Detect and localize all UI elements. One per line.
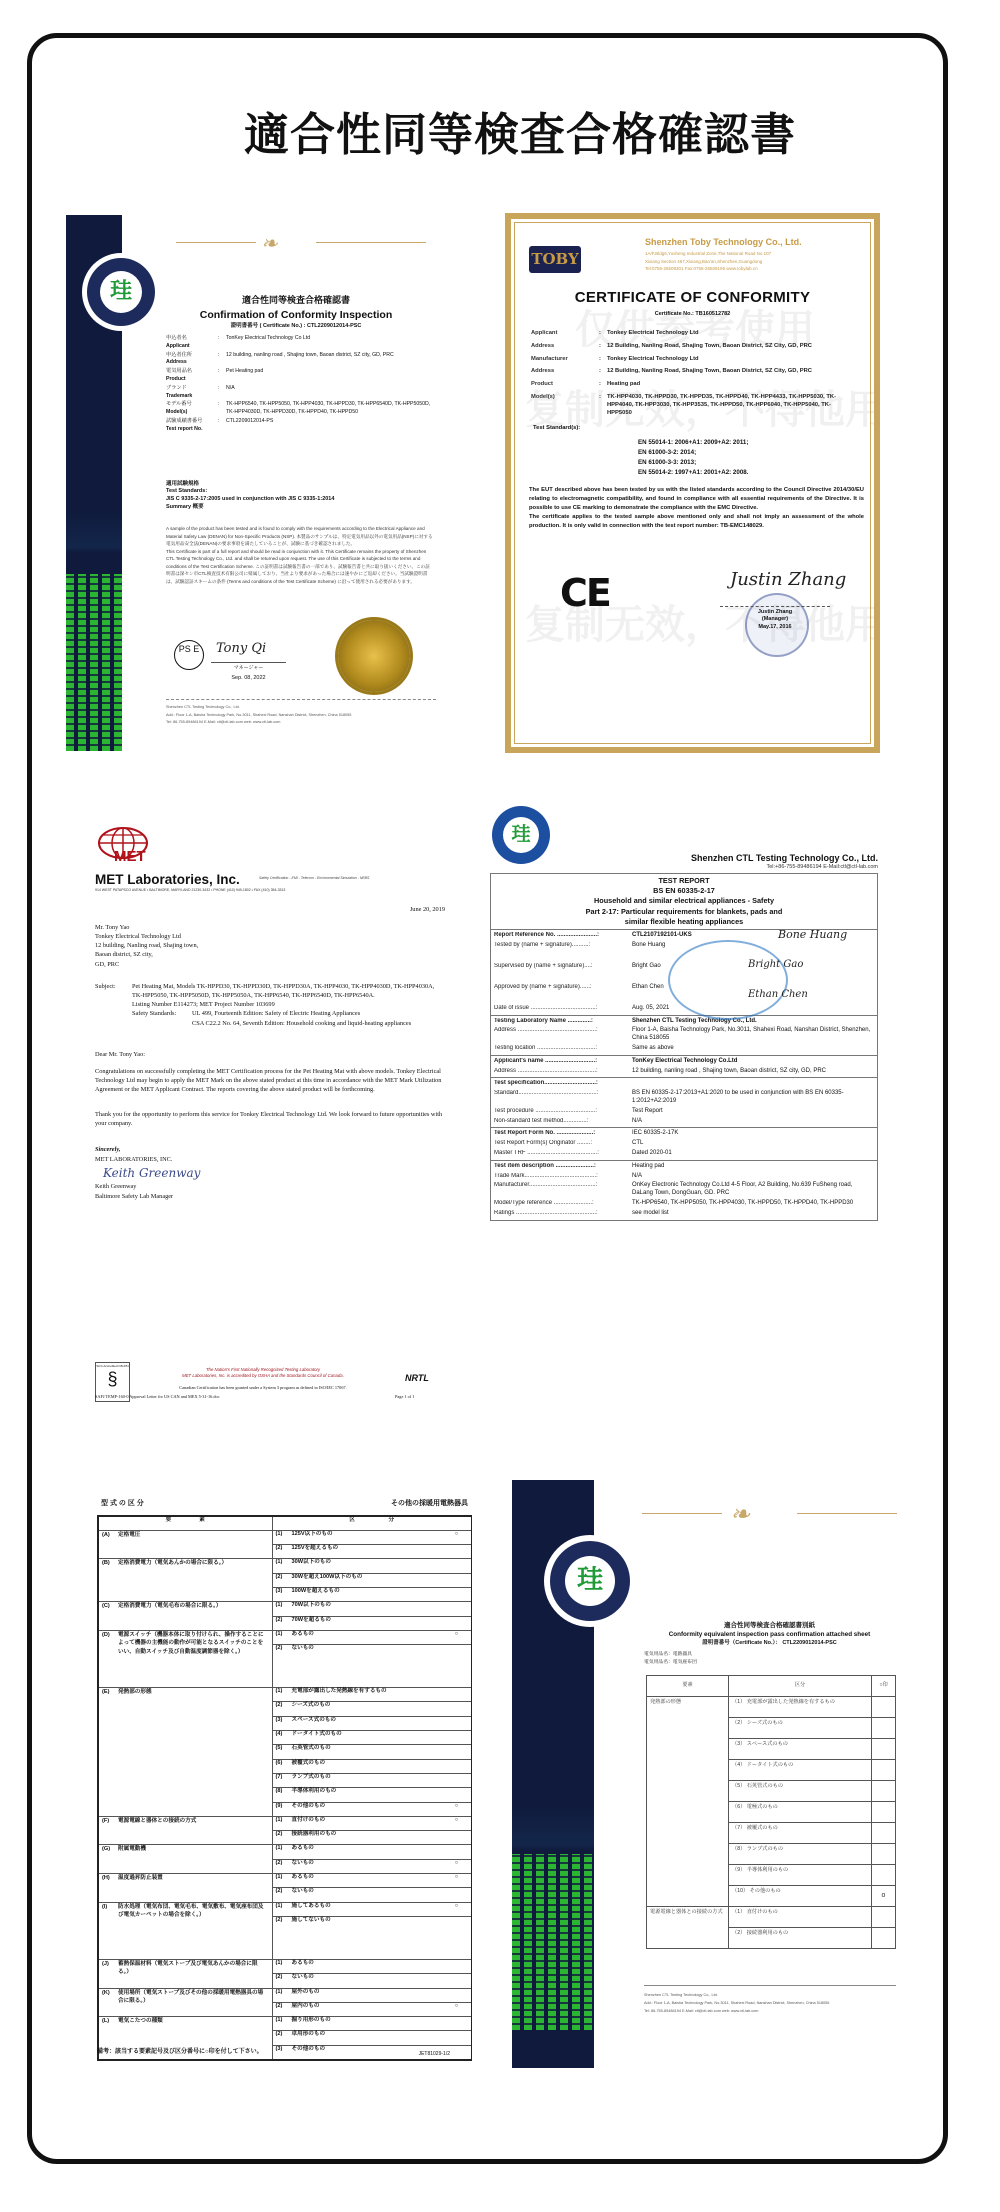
standards-label: Test Standards: <box>166 488 431 495</box>
field-label: Manufacturer <box>531 356 599 364</box>
classification-cell: (2)施してないもの <box>272 1916 442 1959</box>
classification-number: (1) <box>276 1602 292 1610</box>
row-label: Test Report Form No. ...................… <box>494 1130 632 1138</box>
heading-line: similar flexible heating appliances <box>491 917 877 927</box>
classification-cell: （8） ランプ式のもの <box>729 1844 872 1865</box>
table-row: (F)電源電線と器体との接続の方式(1)直付けのもの○ <box>98 1816 472 1830</box>
classification-number: (1) <box>276 1989 292 1997</box>
classification-text: ないもの <box>292 1974 440 1982</box>
report-row: Testing Laboratory Name ..............:S… <box>494 1017 874 1027</box>
cert-field: 申込者住所Address:12 building, nanling road ,… <box>166 352 431 368</box>
field-label-ja: 申込者住所 <box>166 352 218 360</box>
classification-cell: （6） 電極式のもの <box>729 1802 872 1823</box>
selected-mark <box>872 1823 896 1844</box>
cert-number: 證明書番号 ( Certificate No.) : CTL2209012014… <box>156 323 436 330</box>
classification-number: (3) <box>276 1588 292 1596</box>
signature-approved: Ethan Chen <box>748 988 808 1002</box>
summary-paragraph-2: This Certificate is part of a full repor… <box>166 548 434 586</box>
classification-number: (1) <box>276 1531 292 1539</box>
element-label: 蓄熱保温材料（電気ストーブ及び電気あんかの場合に限る。） <box>118 1960 269 1977</box>
table-row: (C)定格消費電力（電気毛布の場合に限る。）(1)70W以下のもの <box>98 1602 472 1616</box>
certificate-attached-sheet: 珪 ❧ 適合性同等検査合格確認書別紙 Conformity equivalent… <box>512 1480 900 2068</box>
classification-cell: (9)その他のもの <box>272 1802 442 1816</box>
report-section: Test item description ..................… <box>491 1161 877 1220</box>
row-value: Floor 1-A, Baisha Technology Park, No.30… <box>632 1027 874 1043</box>
letter-closing: Sincerely, <box>95 1145 445 1154</box>
classification-text: 充電部が露出した発熱線を有するもの <box>292 1688 440 1696</box>
cert-field: 申込者名Applicant:TonKey Electrical Technolo… <box>166 335 431 351</box>
classification-number: (4) <box>276 1731 292 1739</box>
ctl-logo-icon: 珪 <box>488 802 554 868</box>
met-globe-logo-icon: MET <box>93 825 168 865</box>
heading-line: Part 2-17: Particular requirements for b… <box>491 907 877 917</box>
classification-cell: （1） 直付けのもの <box>729 1907 872 1928</box>
row-label: Manufacturer............................… <box>494 1182 632 1198</box>
classification-cell: (4)ドータイト式のもの <box>272 1731 442 1745</box>
classification-cell: (1)施してあるもの <box>272 1902 442 1916</box>
cert-statement: The EUT described above has been tested … <box>529 486 864 531</box>
classification-cell: (1)あるもの <box>272 1959 442 1973</box>
letter-subject: Subject: Pet Heating Mat, Models TK-HPPD… <box>95 982 445 1028</box>
row-value: OnKey Electronic Technology Co.Ltd 4-5 F… <box>632 1182 874 1198</box>
pse-mark-icon: PS E <box>174 640 204 670</box>
element-cell: (F)電源電線と器体との接続の方式 <box>98 1816 272 1845</box>
classification-cell: （1） 充電部が露出した発熱線を有するもの <box>729 1697 872 1718</box>
classification-text: 施してあるもの <box>292 1903 440 1911</box>
summary-text: A sample of the product has been tested … <box>166 525 434 586</box>
classification-number: (1) <box>276 1845 292 1853</box>
report-section: Testing Laboratory Name ..............:S… <box>491 1016 877 1056</box>
field-colon: : <box>218 335 226 351</box>
sign-title: マネージャー <box>211 665 286 672</box>
report-row: Ratings ................................… <box>494 1209 874 1219</box>
selected-mark <box>442 1974 472 1988</box>
report-row: Model/Type reference ...................… <box>494 1199 874 1209</box>
company-contact: Tel:+86-755-89486194 E-Mail:ctl@ctl-lab.… <box>766 864 878 871</box>
classification-cell: （3） スペース式のもの <box>729 1739 872 1760</box>
standards-value: JIS C 9335-2-17:2005 used in conjunction… <box>166 496 431 503</box>
selected-mark <box>442 1888 472 1902</box>
classification-cell: （7） 被覆式のもの <box>729 1823 872 1844</box>
cert-number: 證明書番号（Certificate No.）： CTL2209012014-PS… <box>642 1640 897 1647</box>
classification-text: ドータイト式のもの <box>292 1731 440 1739</box>
classification-number: (3) <box>276 2046 292 2054</box>
signature: Justin Zhang <box>730 568 846 592</box>
company-name: Shenzhen CTL Testing Technology Co., Ltd… <box>691 852 878 864</box>
field-colon: : <box>599 330 607 338</box>
classification-cell: (2)ないもの <box>272 1974 442 1988</box>
cert-field: モデル番号Model(s):TK-HPP6540, TK-HPP5050, TK… <box>166 401 431 417</box>
field-colon: : <box>599 368 607 376</box>
classification-number: (2) <box>276 1888 292 1896</box>
row-value: Heating pad <box>632 1163 874 1171</box>
classification-cell: （2） シーズ式のもの <box>729 1718 872 1739</box>
field-value: Heating pad <box>607 381 851 389</box>
classification-number: (2) <box>276 1545 292 1553</box>
classification-text: ランプ式のもの <box>292 1774 440 1782</box>
report-section: Applicant's name .......................… <box>491 1056 877 1079</box>
classification-number: (1) <box>276 1817 292 1825</box>
footer-line: Tel: 86-755-89486194 E-Mail: ctl@ctl-lab… <box>166 719 436 727</box>
heading-line: BS EN 60335-2-17 <box>491 886 877 896</box>
subject-label: Subject: <box>95 982 132 1028</box>
row-label: Test Report Form(s) Originator ........: <box>494 1140 632 1148</box>
field-label-ja: ブランド <box>166 385 218 393</box>
classification-cell: (2)ないもの <box>272 1645 442 1688</box>
classification-number: (2) <box>276 1617 292 1625</box>
row-value: IEC 60335-2-17K <box>632 1130 874 1138</box>
standards-label: Test Standard(s): <box>533 425 580 433</box>
selected-mark <box>442 1602 472 1616</box>
field-colon: : <box>599 394 607 417</box>
checker-pattern <box>512 1854 594 2030</box>
closing-company: MET LABORATORIES, INC. <box>95 1155 445 1164</box>
row-value: Test Report <box>632 1108 874 1116</box>
selected-mark <box>872 1697 896 1718</box>
classification-text: 70W以下のもの <box>292 1602 440 1610</box>
footer-line: Shenzhen CTL Testing Technology Co., Ltd… <box>644 1992 896 2000</box>
classification-cell: (3)スペース式のもの <box>272 1716 442 1730</box>
table-row: (H)温度過昇防止装置(1)あるもの○ <box>98 1874 472 1888</box>
element-label: 定格電圧 <box>118 1531 269 1539</box>
selected-mark: ○ <box>442 1530 472 1544</box>
row-label: Approved by (name + signature)......: <box>494 984 632 1003</box>
field-label: Model(s) <box>531 394 599 417</box>
classification-cell: （10） その他のもの <box>729 1886 872 1907</box>
row-label: Supervised by (name + signature)....: <box>494 963 632 982</box>
recipient-line: 12 building, Nanling road, Shajing town, <box>95 941 198 950</box>
row-label: Applicant's name .......................… <box>494 1058 632 1066</box>
summary-label: Summary 概要 <box>166 504 431 511</box>
element-cell: (E)発熱部の形態 <box>98 1688 272 1817</box>
classification-cell: （9） 半導体利用のもの <box>729 1865 872 1886</box>
classification-text: ないもの <box>292 1645 440 1653</box>
sheet-title-en: Conformity equivalent inspection pass co… <box>637 1631 900 1640</box>
field-label: 電気用品名Product <box>166 368 218 384</box>
element-cell: (K)使用場所（電気ストーブ及びその他の採暖用電熱器具の場合に限る。） <box>98 1988 272 2017</box>
row-value <box>632 1080 874 1088</box>
table-row: 電源電線と器体との接続の方式（1） 直付けのもの <box>647 1907 896 1928</box>
toby-logo: TOBY <box>529 246 581 273</box>
safety-standard: CSA C22.2 No. 64, Seventh Edition: House… <box>192 1019 445 1028</box>
test-report-ctl: 珪 Shenzhen CTL Testing Technology Co., L… <box>478 800 890 1380</box>
svg-text:MET: MET <box>114 848 146 865</box>
classification-cell: (1)直付けのもの <box>272 1816 442 1830</box>
field-label: Address <box>531 368 599 376</box>
selected-mark <box>442 1745 472 1759</box>
statement-paragraph-1: The EUT described above has been tested … <box>529 486 864 513</box>
selected-mark <box>872 1928 896 1949</box>
standard-item: EN 55014-1: 2006+A1: 2009+A2: 2011; <box>638 438 748 448</box>
row-value: TonKey Electrical Technology Co.Ltd <box>632 1058 874 1066</box>
classification-number: (1) <box>276 1960 292 1968</box>
signature: Tony Qi <box>216 640 266 658</box>
row-label: Date of issue ..........................… <box>494 1005 632 1013</box>
element-code: (H) <box>102 1874 118 1882</box>
element-cell: (H)温度過昇防止装置 <box>98 1874 272 1903</box>
row-label: Trade Mark..............................… <box>494 1173 632 1181</box>
field-value: Pet Heating pad <box>226 368 431 384</box>
classification-number: (1) <box>276 1903 292 1911</box>
product-name: 電気用品名：電気座布団 <box>644 1659 697 1667</box>
classification-table-document: 型 式 の 区 分 その他の採暖用電熱器具 要 素 区 分 (A)定格電圧(1)… <box>97 1493 472 2078</box>
table-row: (B)定格消費電力（電気あんかの場合に限る。）(1)30W以下のもの <box>98 1559 472 1573</box>
company-address: 914 WEST PATAPSCO AVENUE • BALTIMORE, MA… <box>95 888 285 893</box>
cert-fields: 申込者名Applicant:TonKey Electrical Technolo… <box>166 335 431 435</box>
selected-mark <box>442 1573 472 1587</box>
classification-text: ないもの <box>292 1860 440 1868</box>
field-value: Tonkey Electrical Technology Ltd <box>607 330 851 338</box>
footer-divider <box>166 699 436 700</box>
classification-cell: (1)あるもの <box>272 1630 442 1644</box>
element-cell: (B)定格消費電力（電気あんかの場合に限る。） <box>98 1559 272 1602</box>
classification-number: (5) <box>276 1745 292 1753</box>
element-code: (K) <box>102 1989 118 2006</box>
report-heading: TEST REPORTBS EN 60335-2-17Household and… <box>491 874 877 930</box>
row-label: Test specification......................… <box>494 1080 632 1088</box>
classification-text: 直付けのもの <box>292 1817 440 1825</box>
classification-text: ないもの <box>292 1888 440 1896</box>
footer-file: SAFJ TEMP-160-0 Approval Letter for US C… <box>95 1394 445 1400</box>
report-row: Manufacturer............................… <box>494 1181 874 1199</box>
element-cell: (G)附属電動機 <box>98 1845 272 1874</box>
row-label: Testing Laboratory Name ..............: <box>494 1018 632 1026</box>
cert-title-en: Confirmation of Conformity Inspection <box>146 308 442 322</box>
page-title: 適合性同等検査合格確認書 <box>0 98 1000 163</box>
field-label: ブランドTrademark <box>166 385 218 401</box>
field-label: 試験成績書番号Test report No. <box>166 418 218 434</box>
row-label: Testing location .......................… <box>494 1045 632 1053</box>
classification-number: (3) <box>276 1717 292 1725</box>
selected-mark <box>442 1545 472 1559</box>
sheet-footer: Shenzhen CTL Testing Technology Co., Ltd… <box>644 1985 896 2016</box>
selected-mark: ○ <box>442 1902 472 1916</box>
element-code: (B) <box>102 1559 118 1567</box>
classification-text: 卓用形のもの <box>292 2031 440 2039</box>
row-value: Dated 2020-01 <box>632 1150 874 1158</box>
selected-mark: ○ <box>442 1630 472 1644</box>
row-value: Shenzhen CTL Testing Technology Co., Ltd… <box>632 1018 874 1026</box>
element-cell: 電源電線と器体との接続の方式 <box>647 1907 729 1949</box>
report-row: Testing location .......................… <box>494 1044 874 1054</box>
classification-cell: （5） 石英管式のもの <box>729 1781 872 1802</box>
selected-mark <box>872 1760 896 1781</box>
classification-text: 被覆式のもの <box>292 1760 440 1768</box>
element-cell: (J)蓄熱保温材料（電気ストーブ及び電気あんかの場合に限る。） <box>98 1959 272 1988</box>
classification-number: (1) <box>276 1559 292 1567</box>
classification-cell: (2)125Vを超えるもの <box>272 1545 442 1559</box>
row-label: Address ................................… <box>494 1027 632 1043</box>
selected-mark <box>872 1718 896 1739</box>
element-code: (L) <box>102 2017 118 2025</box>
report-row: Standard................................… <box>494 1089 874 1107</box>
field-label: Address <box>531 343 599 351</box>
selected-mark: ○ <box>442 1816 472 1830</box>
element-code: (C) <box>102 1602 118 1610</box>
row-value: TK-HPP6540, TK-HPP5050, TK-HPP4030, TK-H… <box>632 1200 874 1208</box>
field-value: TK-HPP6540, TK-HPP5050, TK-HPP4030, TK-H… <box>226 401 431 417</box>
nrtl-mark: NRTL <box>405 1372 429 1385</box>
row-label: Standard................................… <box>494 1090 632 1106</box>
selected-mark: ○ <box>442 1802 472 1816</box>
element-code: (J) <box>102 1960 118 1977</box>
classification-number: (2) <box>276 1917 292 1925</box>
sheet-title-ja: 適合性同等検査合格確認書別紙 <box>642 1622 897 1631</box>
checker-pattern <box>66 574 122 751</box>
classification-number: (2) <box>276 1831 292 1839</box>
classification-cell: (5)石英管式のもの <box>272 1745 442 1759</box>
address-line: Xixiang Section 467,Xixiang,Bao'an,Shenz… <box>645 258 771 266</box>
row-label: Report Reference No. ...................… <box>494 932 632 940</box>
classification-number: (1) <box>276 1631 292 1639</box>
classification-number: (2) <box>276 1645 292 1653</box>
footer-canada: Canadian Certification has been granted … <box>143 1385 383 1391</box>
element-code: (G) <box>102 1845 118 1853</box>
column-header-classification: 区 分 <box>272 1516 472 1530</box>
field-label: Product <box>531 381 599 389</box>
row-value: CTL <box>632 1140 874 1148</box>
classification-cell: (2)接続器利用のもの <box>272 1831 442 1845</box>
field-label: 申込者住所Address <box>166 352 218 368</box>
company-tagline: Safety Certification - EMI - Telecom - E… <box>259 876 369 881</box>
selected-mark <box>872 1907 896 1928</box>
classification-number: (1) <box>276 1874 292 1882</box>
company-name: MET Laboratories, Inc. <box>95 870 240 890</box>
selected-mark <box>442 1616 472 1630</box>
classification-text: 屋外のもの <box>292 1989 440 1997</box>
classification-number: (2) <box>276 1974 292 1982</box>
signature-tested: Bone Huang <box>778 928 847 943</box>
classification-number: (9) <box>276 1803 292 1811</box>
footer-line: Add.: Floor 1-A, Baisha Technology Park,… <box>166 712 436 720</box>
field-label-en: Address <box>166 359 218 367</box>
classification-text: 接続器利用のもの <box>292 1831 440 1839</box>
classification-cell: (8)半導体利用のもの <box>272 1788 442 1802</box>
row-value: Same as above <box>632 1045 874 1053</box>
classification-text: あるもの <box>292 1845 440 1853</box>
classification-number: (1) <box>276 1688 292 1696</box>
classification-number: (2) <box>276 1702 292 1710</box>
column-header-element: 要素 <box>647 1676 729 1697</box>
report-section: Test specification......................… <box>491 1078 877 1128</box>
field-label-en: Model(s) <box>166 409 218 417</box>
report-row: Address ................................… <box>494 1026 874 1044</box>
ce-mark-icon: CE <box>560 568 610 619</box>
classification-text: 半導体利用のもの <box>292 1788 440 1796</box>
footer-line: Shenzhen CTL Testing Technology Co., Ltd… <box>166 704 436 712</box>
company-address: 1A/F,Bldg6,Yusheng Industrial Zone,The N… <box>645 250 771 273</box>
row-value: see model list <box>632 1210 874 1218</box>
field-label: モデル番号Model(s) <box>166 401 218 417</box>
column-header-classification: 区分 <box>729 1676 872 1697</box>
classification-cell: (6)被覆式のもの <box>272 1759 442 1773</box>
heading-line: TEST REPORT <box>491 876 877 886</box>
standards-label-ja: 適用試験規格 <box>166 481 431 488</box>
element-label: 温度過昇防止装置 <box>118 1874 269 1882</box>
element-code: (E) <box>102 1688 118 1696</box>
classification-text: 30Wを超え100W以下のもの <box>292 1574 440 1582</box>
element-label: 定格消費電力（電気あんかの場合に限る。） <box>118 1559 269 1567</box>
classification-text: 石英管式のもの <box>292 1745 440 1753</box>
gold-seal-icon <box>338 620 410 692</box>
classification-cell: (1)あるもの <box>272 1845 442 1859</box>
classification-cell: (2)卓用形のもの <box>272 2031 442 2045</box>
field-label-ja: 電気用品名 <box>166 368 218 376</box>
report-row: Test Report Form(s) Originator ........:… <box>494 1139 874 1149</box>
flourish-line <box>642 1513 722 1514</box>
selected-mark <box>442 2031 472 2045</box>
selected-mark <box>872 1781 896 1802</box>
column-header-mark: ○印 <box>872 1676 896 1697</box>
report-row: Address ................................… <box>494 1067 874 1077</box>
element-label: 附属電動機 <box>118 1845 269 1853</box>
selected-mark <box>442 1788 472 1802</box>
footer-line: Tel: 86-755-89486194 E-Mail: ctl@ctl-lab… <box>644 2008 896 2016</box>
approved-stamp-icon <box>668 940 788 1020</box>
company-name: Shenzhen Toby Technology Co., Ltd. <box>645 236 802 248</box>
selected-mark: ○ <box>442 1859 472 1873</box>
report-row: Test specification......................… <box>494 1079 874 1089</box>
signature-supervised: Bright Gao <box>748 958 803 972</box>
footer-line: Add.: Floor 1-A, Baisha Technology Park,… <box>644 2000 896 2008</box>
flourish-ornament-icon: ❧ <box>730 1498 750 1530</box>
cert-date: May.17, 2016 <box>720 624 830 631</box>
selected-mark: ○ <box>442 1874 472 1888</box>
classification-cell: (2)70Wを超るもの <box>272 1616 442 1630</box>
product-names: 電気用品名：電熱器具 電気用品名：電気座布団 <box>644 1651 697 1667</box>
cert-title: CERTIFICATE OF CONFORMITY <box>515 288 870 308</box>
flourish-line <box>797 1513 897 1514</box>
field-colon: : <box>218 385 226 401</box>
classification-text: その他のもの <box>292 2046 440 2054</box>
product-name: 電気用品名：電熱器具 <box>644 1651 697 1659</box>
selected-mark <box>872 1802 896 1823</box>
field-label: 申込者名Applicant <box>166 335 218 351</box>
element-label: 使用場所（電気ストーブ及びその他の採暖用電熱器具の場合に限る。） <box>118 1989 269 2006</box>
recipient-line: Baoan district, SZ city, <box>95 950 198 959</box>
classification-number: (2) <box>276 1574 292 1582</box>
report-section: Test Report Form No. ...................… <box>491 1128 877 1160</box>
classification-cell: (1)30W以下のもの <box>272 1559 442 1573</box>
cert-field: 電気用品名Product:Pet Heating pad <box>166 368 431 384</box>
report-row: Applicant's name .......................… <box>494 1057 874 1067</box>
selected-mark <box>442 1959 472 1973</box>
selected-mark <box>872 1739 896 1760</box>
safety-standard: UL 499, Fourteenth Edition: Safety of El… <box>192 1009 445 1018</box>
classification-number: (2) <box>276 2003 292 2011</box>
flourish-line <box>316 242 426 243</box>
cert-fields: Applicant:Tonkey Electrical Technology L… <box>531 330 851 418</box>
greeting: Dear Mr. Tony Yao: <box>95 1050 445 1059</box>
classification-cell: (1)掘り用形のもの <box>272 2017 442 2031</box>
classification-cell: (2)30Wを超え100W以下のもの <box>272 1573 442 1587</box>
classification-text: 100Wを超えるもの <box>292 1588 440 1596</box>
element-label: 電気こたつの種類 <box>118 2017 269 2025</box>
classification-text: 30W以下のもの <box>292 1559 440 1567</box>
selected-mark <box>442 1645 472 1688</box>
field-label-en: Applicant <box>166 343 218 351</box>
table-row: (K)使用場所（電気ストーブ及びその他の採暖用電熱器具の場合に限る。）(1)屋外… <box>98 1988 472 2002</box>
cert-footer: Shenzhen CTL Testing Technology Co., Ltd… <box>166 704 436 727</box>
classification-cell: (3)100Wを超えるもの <box>272 1587 442 1601</box>
field-colon: : <box>599 356 607 364</box>
report-row: Test procedure .........................… <box>494 1107 874 1117</box>
footer-red-line-2: MET Laboratories, Inc. is accredited by … <box>143 1373 383 1379</box>
classification-text: 屋内のもの <box>292 2003 440 2011</box>
selected-mark <box>442 1702 472 1716</box>
standard-item: EN 55014-2: 1997+A1: 2001+A2: 2008. <box>638 468 748 478</box>
scc-logo-icon: § <box>96 1368 129 1390</box>
